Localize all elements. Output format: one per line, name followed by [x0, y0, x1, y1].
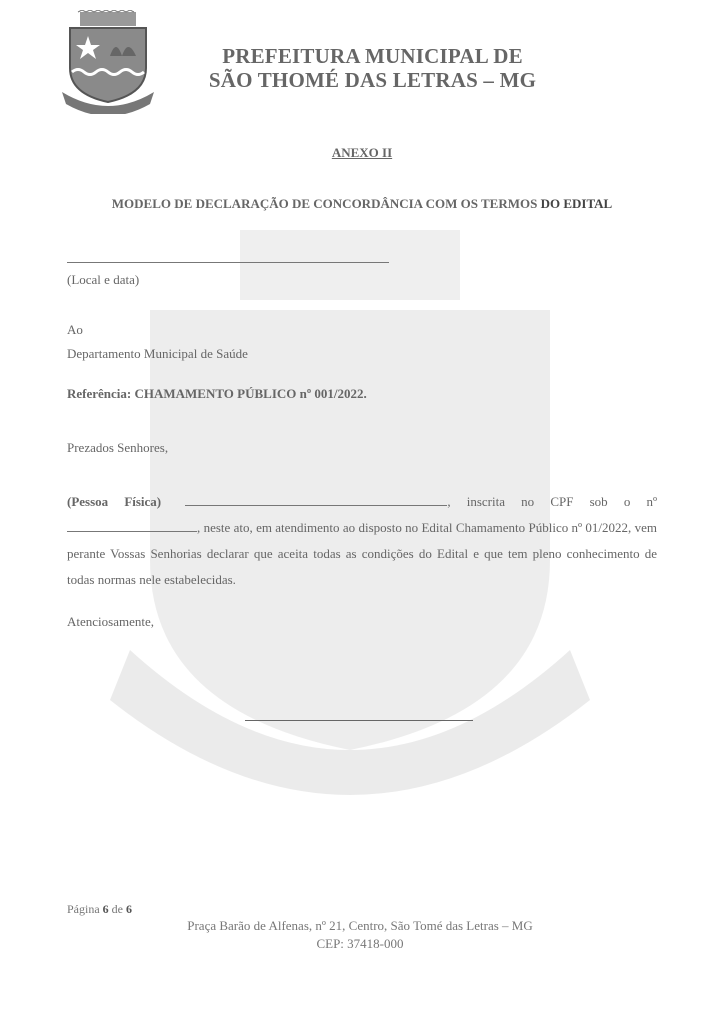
closing: Atenciosamente,	[67, 614, 154, 630]
document-title: MODELO DE DECLARAÇÃO DE CONCORDÂNCIA COM…	[0, 196, 724, 212]
recipient-salutation: Ao	[67, 322, 83, 338]
location-date-line	[67, 262, 389, 263]
name-blank	[185, 493, 447, 506]
greeting: Prezados Senhores,	[67, 440, 168, 456]
coat-of-arms-icon	[58, 10, 158, 114]
footer-address: Praça Barão de Alfenas, nº 21, Centro, S…	[150, 917, 570, 953]
page-number: Página 6 de 6	[67, 902, 132, 917]
annex-title: ANEXO II	[0, 145, 724, 161]
reference: Referência: CHAMAMENTO PÚBLICO nº 001/20…	[67, 386, 367, 402]
location-date-label: (Local e data)	[67, 272, 139, 288]
declaration-paragraph: (Pessoa Física) , inscrita no CPF sob o …	[67, 489, 657, 593]
signature-line	[245, 720, 473, 721]
recipient-department: Departamento Municipal de Saúde	[67, 346, 248, 362]
person-type-label: (Pessoa Física)	[67, 494, 161, 509]
cpf-blank	[67, 519, 197, 532]
municipality-title: PREFEITURA MUNICIPAL DE SÃO THOMÉ DAS LE…	[200, 44, 545, 92]
